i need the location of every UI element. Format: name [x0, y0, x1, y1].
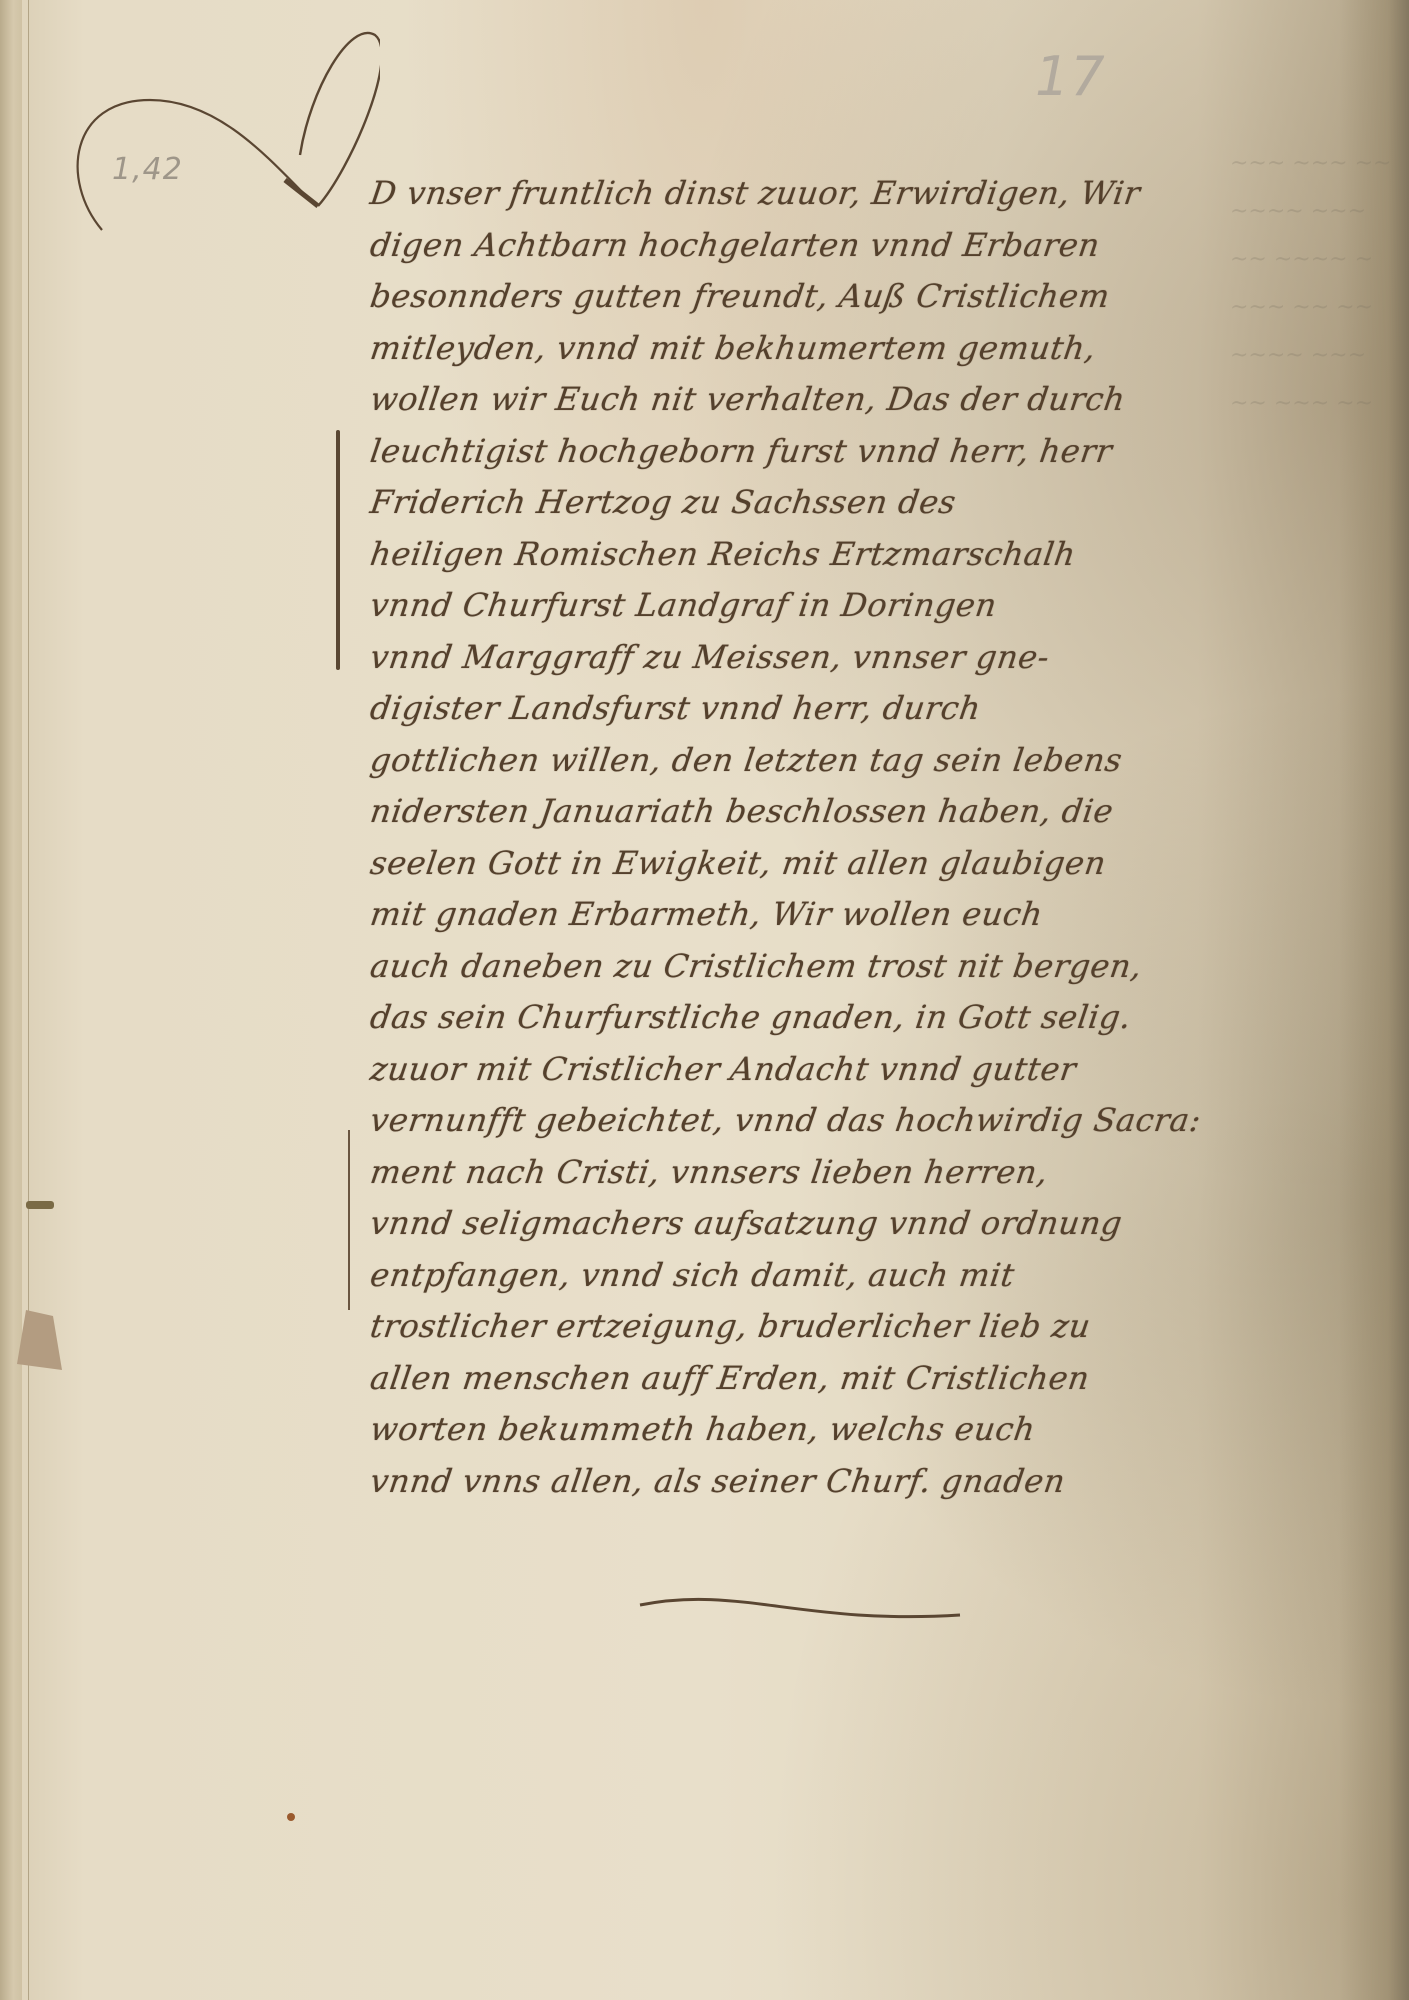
text-line: das sein Churfurstliche gnaden, in Gott … [368, 984, 1375, 1036]
text-line: entpfangen, vnnd sich damit, auch mit [368, 1242, 1375, 1294]
text-line: wollen wir Euch nit verhalten, Das der d… [368, 366, 1375, 418]
binding-thread [26, 1201, 54, 1209]
text-line: digen Achtbarn hochgelarten vnnd Erbaren [368, 212, 1375, 264]
text-line: mit gnaden Erbarmeth, Wir wollen euch [368, 881, 1375, 933]
text-line: ment nach Cristi, vnnsers lieben herren, [368, 1139, 1375, 1191]
margin-rule [336, 430, 340, 670]
text-line: seelen Gott in Ewigkeit, mit allen glaub… [368, 830, 1375, 882]
text-line: vnnd seligmachers aufsatzung vnnd ordnun… [368, 1190, 1375, 1242]
binding-edge [0, 0, 24, 2000]
text-line: allen menschen auff Erden, mit Cristlich… [368, 1345, 1375, 1397]
text-line: trostlicher ertzeigung, bruderlicher lie… [368, 1293, 1375, 1345]
text-line: leuchtigist hochgeborn furst vnnd herr, … [368, 418, 1375, 470]
text-line: vnnd Churfurst Landgraf in Doringen [368, 572, 1375, 624]
text-line: heiligen Romischen Reichs Ertzmarschalh [368, 521, 1375, 573]
initial-d-flourish-icon [60, 10, 380, 240]
manuscript-page: 17 1,42 ~~~ ~~~ ~~~~~~ ~~~~~ ~~~~ ~~~~ ~… [0, 0, 1409, 2000]
text-line: auch daneben zu Cristlichem trost nit be… [368, 933, 1375, 985]
ink-stain [287, 1813, 295, 1821]
line-end-flourish-icon [620, 1575, 980, 1635]
text-line: D vnser fruntlich dinst zuuor, Erwirdige… [368, 160, 1375, 212]
text-line: nidersten Januariath beschlossen haben, … [368, 778, 1375, 830]
margin-rule [348, 1130, 350, 1310]
text-line: vnnd Marggraff zu Meissen, vnnser gne- [368, 624, 1375, 676]
text-line: vnnd vnns allen, als seiner Churf. gnade… [368, 1448, 1375, 1500]
binding-fold [22, 0, 29, 2000]
text-line: mitleyden, vnnd mit bekhumertem gemuth, [368, 315, 1375, 367]
text-line: vernunfft gebeichtet, vnnd das hochwirdi… [368, 1087, 1375, 1139]
text-line: besonnders gutten freundt, Auß Cristlich… [368, 263, 1375, 315]
folio-number: 17 [1035, 45, 1106, 108]
manuscript-text: D vnser fruntlich dinst zuuor, Erwirdige… [368, 160, 1368, 1499]
text-line: Friderich Hertzog zu Sachssen des [368, 469, 1375, 521]
text-line: digister Landsfurst vnnd herr, durch [368, 675, 1375, 727]
text-line: zuuor mit Cristlicher Andacht vnnd gutte… [368, 1036, 1375, 1088]
text-line: gottlichen willen, den letzten tag sein … [368, 727, 1375, 779]
text-line: worten bekummeth haben, welchs euch [368, 1396, 1375, 1448]
